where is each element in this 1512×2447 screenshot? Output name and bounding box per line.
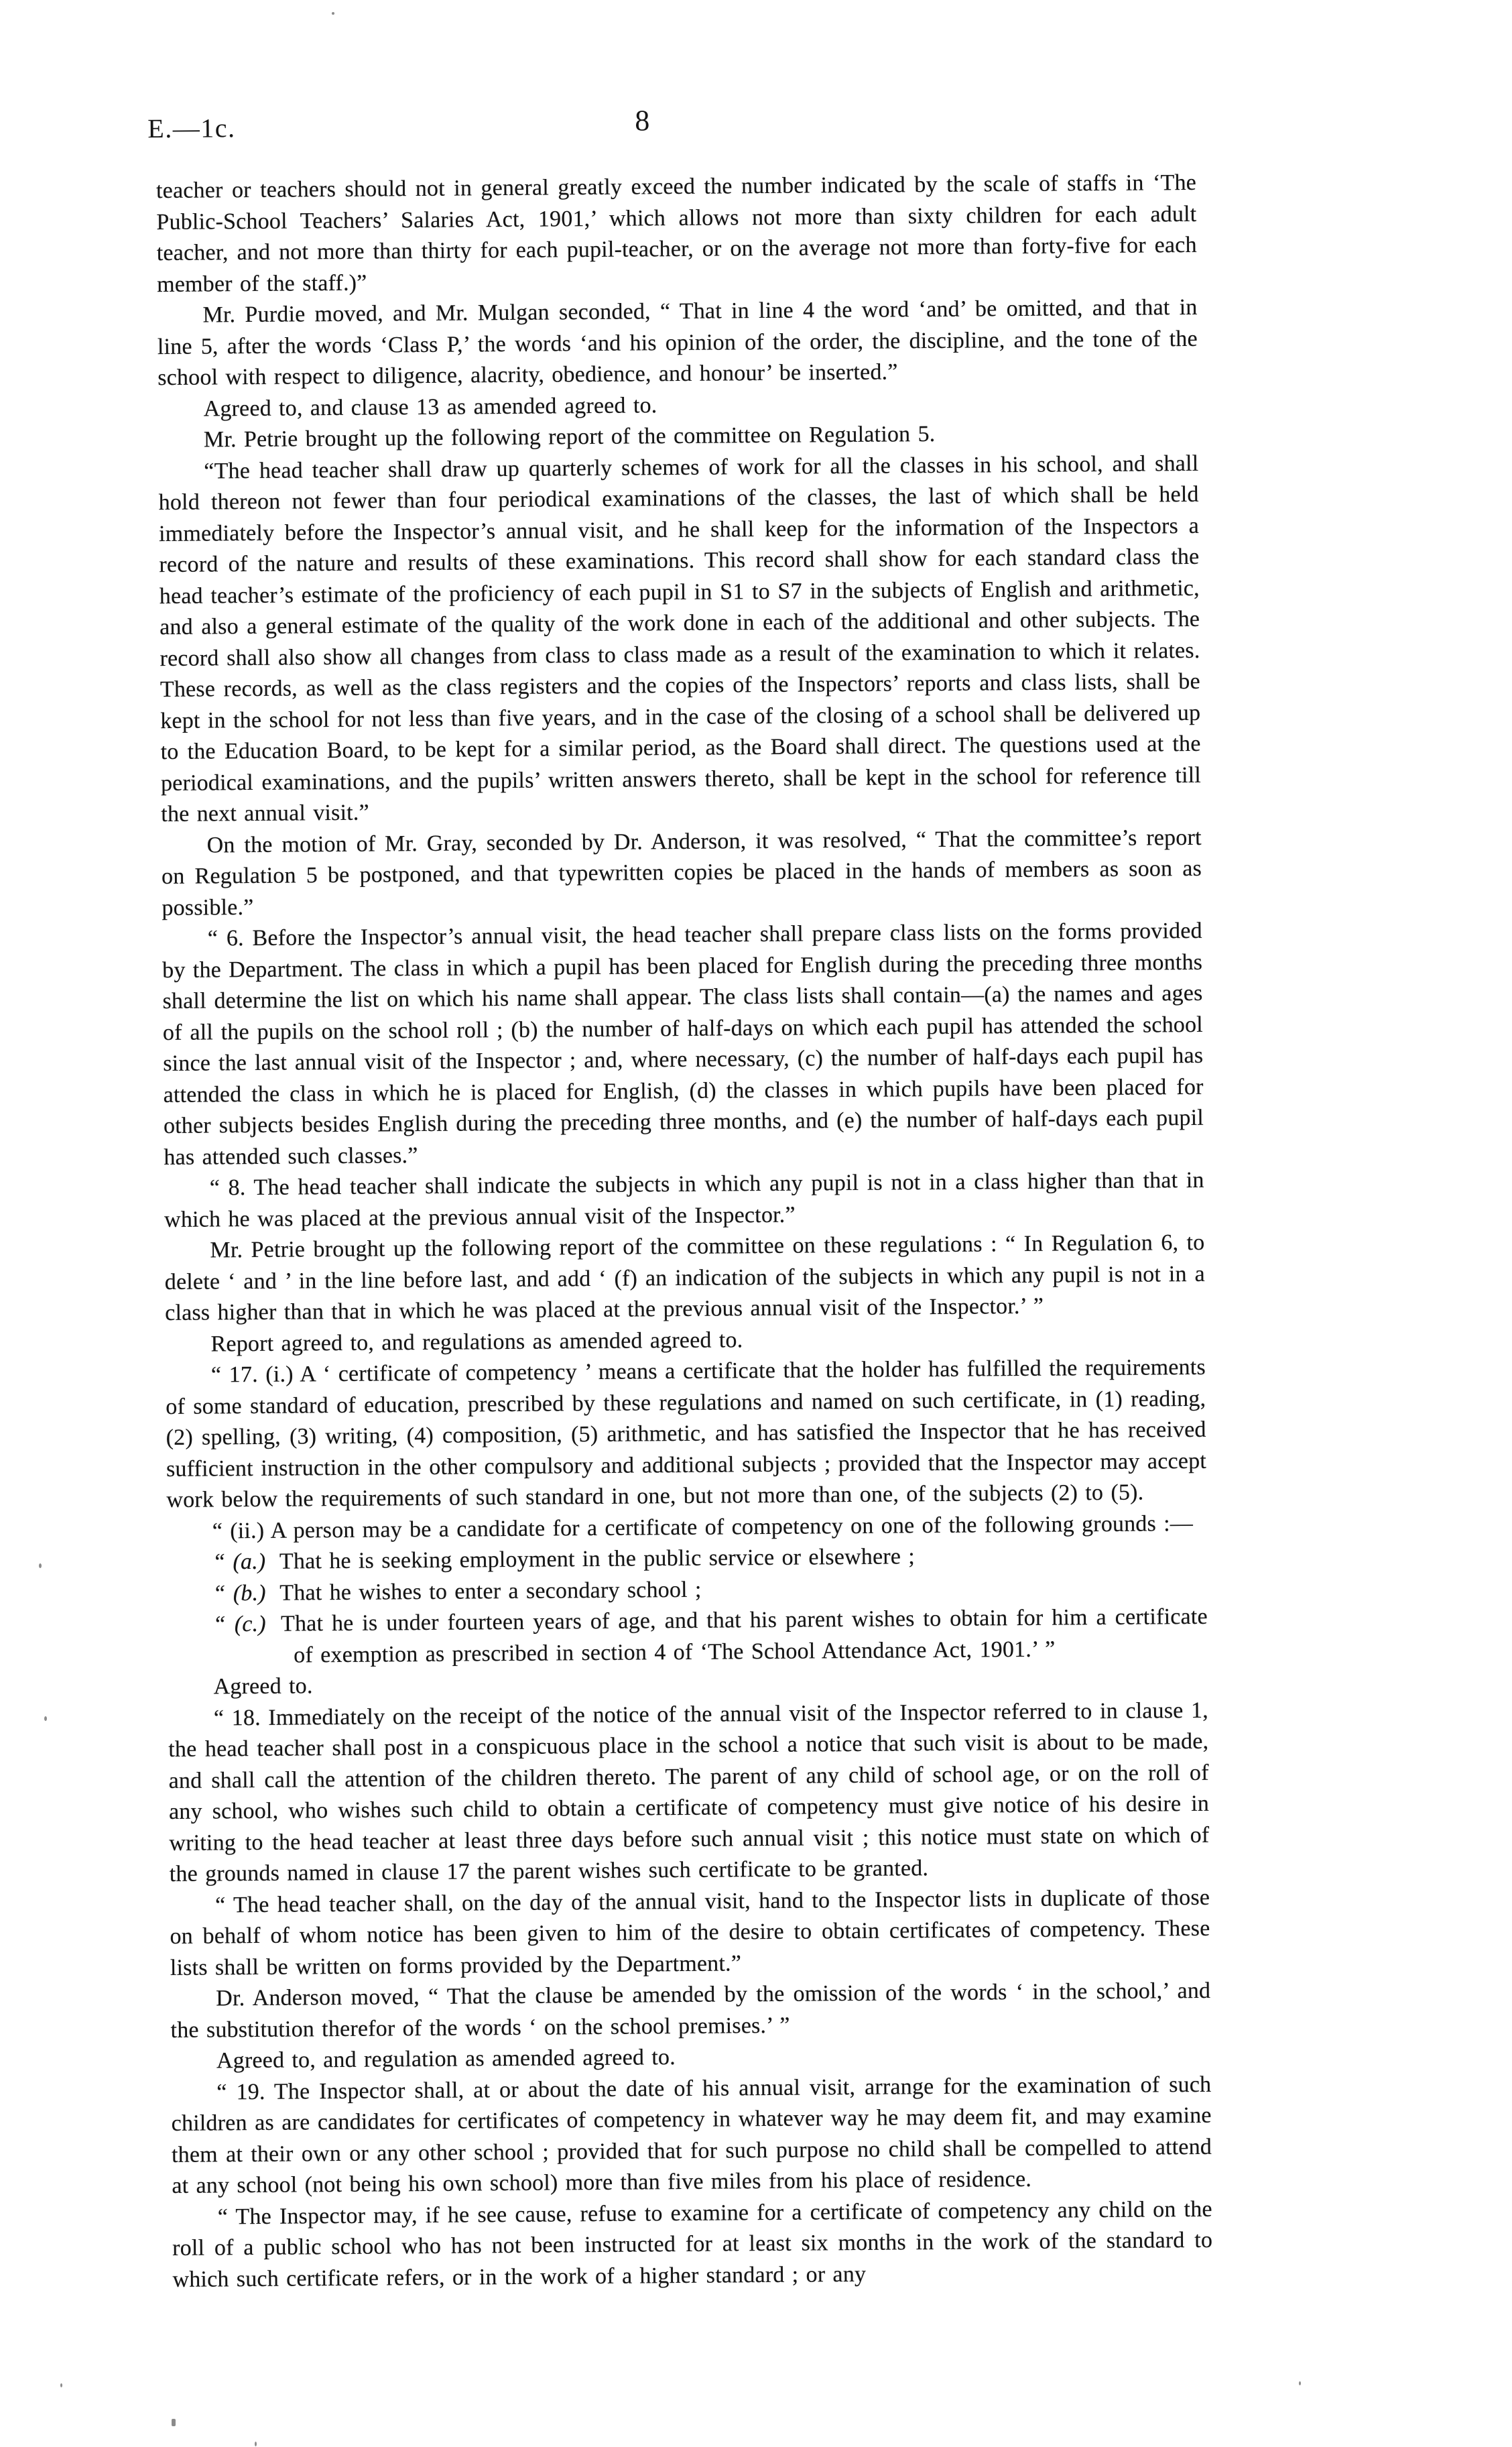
document-page: E.—1c. 8 teacher or teachers should not … [0, 0, 1512, 2447]
list-item: “ (c.) That he is under fourteen years o… [294, 1602, 1208, 1671]
scan-speck [172, 2419, 176, 2426]
paragraph: “ 19. The Inspector shall, at or about t… [171, 2069, 1212, 2202]
document-body: teacher or teachers should not in genera… [156, 168, 1213, 2295]
page-number: 8 [155, 100, 1129, 141]
paragraph: “The head teacher shall draw up quarterl… [158, 448, 1201, 830]
list-item-label: “ (c.) [213, 1612, 273, 1637]
paragraph: Mr. Petrie brought up the following repo… [164, 1228, 1205, 1329]
paragraph: “ 17. (i.) A ‘ certificate of competency… [166, 1352, 1207, 1516]
paragraph: teacher or teachers should not in genera… [156, 168, 1197, 300]
paragraph: “ 18. Immediately on the receipt of the … [168, 1695, 1210, 1890]
paragraph: “ 6. Before the Inspector’s annual visit… [162, 916, 1204, 1173]
paragraph: On the motion of Mr. Gray, seconded by D… [162, 822, 1202, 924]
scanned-content: E.—1c. 8 teacher or teachers should not … [155, 95, 1213, 2295]
scan-speck [1299, 2381, 1301, 2385]
paragraph: “ The Inspector may, if he see cause, re… [172, 2194, 1213, 2295]
scan-speck [332, 12, 334, 15]
paragraph: “ The head teacher shall, on the day of … [170, 1882, 1210, 1984]
list-item-label: “ (b.) [212, 1580, 273, 1606]
paragraph: “ 8. The head teacher shall indicate the… [164, 1165, 1205, 1236]
scan-speck [60, 2383, 62, 2387]
list-item-label: “ (a.) [212, 1549, 273, 1575]
paragraph: Dr. Anderson moved, “ That the clause be… [170, 1976, 1211, 2046]
page-header: E.—1c. 8 [155, 95, 1196, 176]
scan-speck [255, 2442, 257, 2446]
scan-speck [39, 1563, 42, 1568]
scan-speck [44, 1716, 47, 1721]
paragraph: Mr. Purdie moved, and Mr. Mulgan seconde… [157, 292, 1198, 394]
